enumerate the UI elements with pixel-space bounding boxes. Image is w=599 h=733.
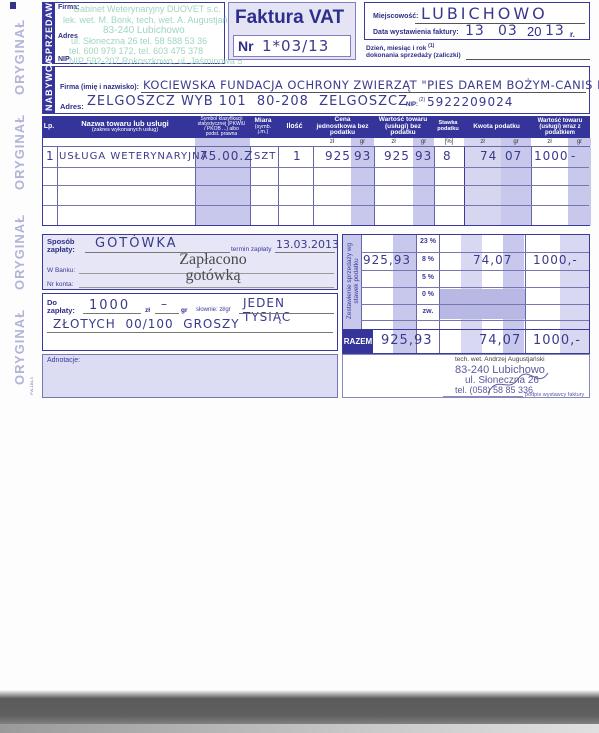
signature-line [443, 396, 523, 397]
invoice-title-box: Faktura VAT Nr 1*03/13 [228, 2, 356, 60]
issue-day[interactable]: 13 [465, 23, 485, 39]
vat-tax-value: 74,07 [473, 253, 512, 267]
cell-unit-price-zl: 925 [325, 149, 351, 163]
cell-qty: 1 [293, 149, 302, 163]
header-net-value: Wartość towaru (usługi) bez podatku [373, 116, 433, 138]
issuer-signature-section: tech. wet. Andrzej Augustjański 83-240 L… [342, 354, 590, 398]
amount-due-section: Do zapłaty: 1000 zł – gr słownie: zł/gr … [42, 293, 338, 351]
cell-gross-gr: - [571, 149, 576, 163]
original-watermark: ORYGINAŁ [12, 19, 27, 95]
form-code: FW-184-3 [29, 377, 34, 395]
cell-unit: SZT [254, 151, 276, 162]
vat-gross-value: 1000,- [533, 253, 578, 267]
vat-rate-label: 23 % [417, 238, 439, 245]
seller-stamp-line: 83-240 Lubichowo [103, 25, 185, 36]
notes-section[interactable]: Adnotacje: [42, 354, 338, 398]
items-table-subheader: zł gr zł gr [%] zł gr zł gr [42, 138, 590, 146]
cell-gross-zl: 1000 [534, 149, 569, 163]
cell-net-zl: 925 [384, 149, 410, 163]
words-underline-2 [47, 332, 333, 333]
header-qty: Ilość [277, 116, 312, 138]
invoice-number-field[interactable]: Nr 1*03/13 [233, 35, 351, 57]
vat-summary-section: Zestawienie sprzedaży wg stawek podatku … [342, 234, 590, 354]
header-name: Nazwa towaru lub usługi (zakres wykonany… [56, 116, 194, 138]
place-value[interactable]: LUBICHOWO [421, 4, 548, 23]
vat-rate-label: zw. [417, 308, 439, 315]
cell-net-gr: 93 [415, 149, 432, 163]
words-underline [239, 313, 334, 314]
vat-rate-label: 0 % [417, 291, 439, 298]
issue-year-prefix: 20 [527, 24, 541, 39]
header-tax-amount: Kwota podatku [463, 116, 530, 138]
seller-stamp-line: lek. wet. M. Bonk, tech. wet. A. Augustj… [63, 15, 239, 25]
cell-tax-rate: 8 [443, 149, 452, 163]
notes-label: Adnotacje: [47, 357, 80, 364]
buyer-firm[interactable]: KOCIEWSKA FUNDACJA OCHRONY ZWIERZĄT "PIE… [143, 78, 599, 92]
items-table-header: Lp. Nazwa towaru lub usługi (zakres wyko… [42, 116, 590, 138]
place-date-box: Miejscowość: LUBICHOWO Data wystawienia … [364, 2, 590, 40]
subheader-gr: gr [568, 138, 591, 146]
account-label: Nr konta: [47, 281, 73, 288]
footnote-ref: (2) [419, 97, 425, 103]
issue-date-label: Data wystawienia faktury: [373, 29, 459, 36]
vat-rate-label: 5 % [417, 274, 439, 281]
subheader-gr: gr [351, 138, 374, 146]
cell-symbol: 75.00.Z [200, 149, 253, 163]
vat-rate-row: 0 % [343, 287, 589, 304]
header-lp: Lp. [42, 116, 56, 138]
zl-label: zł [145, 307, 150, 314]
gr-label: gr [181, 307, 188, 314]
amount-due-zl[interactable]: 1000 [89, 298, 130, 313]
vat-total-row: RAZEM 925,93 74,07 1000,- [343, 330, 589, 353]
header-tax-rate: Stawka podatku [433, 116, 463, 138]
header-unit-price: Cena jednostkowa bez podatku [312, 116, 373, 138]
seller-stamp-line: NIP 592-207 Rokoszkowo, ul. Jaśminowa 5 [69, 56, 242, 66]
account-field[interactable] [79, 287, 334, 288]
buyer-nip[interactable]: 5922209024 [427, 95, 513, 109]
subheader-gr: gr [413, 138, 434, 146]
form-marker [10, 2, 16, 9]
table-row[interactable] [43, 186, 589, 205]
sale-date-label-2: dokonania sprzedaży (zaliczki) [366, 52, 461, 59]
payment-section: Sposób zapłaty: GOTÓWKA termin zapłaty 1… [42, 234, 338, 290]
seller-section-label: SPRZEDAWCA [43, 3, 55, 63]
sale-date-underline [466, 59, 590, 60]
invoice-number: 1*03/13 [262, 37, 329, 55]
paid-cash-stamp: Zapłacono gotówką [163, 252, 263, 284]
amount-words-line-2[interactable]: ZŁOTYCH 00/100 GROSZY [53, 317, 240, 331]
place-label: Miejscowość: [373, 13, 419, 20]
amount-gr-underline [155, 313, 179, 314]
subheader-zl: zł [464, 138, 501, 146]
table-row[interactable] [43, 206, 589, 225]
buyer-address[interactable]: ZELGOSZCZ WYB 101 80-208 ZELGOSZCZ [87, 94, 408, 109]
header-unit: Miara (symb. j.m.) [249, 116, 277, 138]
table-row[interactable]: 1 USŁUGA WETERYNARYJNA 75.00.Z SZT 1 925… [43, 147, 589, 167]
issuer-stamp-line: tech. wet. Andrzej Augustjański [455, 356, 545, 363]
scanner-edge-lower [0, 724, 599, 733]
issue-year[interactable]: 13 [545, 23, 565, 39]
due-date[interactable]: 13.03.2013 [276, 238, 339, 251]
subheader-zl: zł [531, 138, 568, 146]
subheader-zl: zł [313, 138, 351, 146]
subheader-pct: [%] [434, 138, 464, 146]
footnotes-strip: FW-184-3 [29, 0, 39, 400]
seller-nip-label: NIP [58, 56, 70, 63]
cell-name: USŁUGA WETERYNARYJNA [59, 151, 208, 162]
subheader-zl: zł [374, 138, 413, 146]
amount-words-line-1[interactable]: JEDEN TYSIĄC [243, 296, 337, 324]
sale-date-field[interactable]: Dzień, miesiąc i rok (1) dokonania sprze… [366, 43, 592, 63]
cell-tax-zl: 74 [480, 149, 497, 163]
words-label: słownie: zł/gr [196, 307, 231, 313]
seller-stamp-line: Gabinet Weterynaryjny DUOVET s.c. [73, 4, 221, 14]
table-row[interactable] [43, 168, 589, 185]
original-watermark: ORYGINAŁ [12, 214, 27, 290]
buyer-address-label: Adres: [60, 102, 84, 111]
buyer-firm-label: Firma (imię i nazwisko): [60, 84, 139, 91]
vat-rate-row: zw. [343, 304, 589, 320]
seller-section: SPRZEDAWCA Firma: Adres NIP Gabinet Wete… [42, 2, 225, 64]
amount-zl-underline [83, 313, 141, 314]
header-symbol: Symbol klasyfikacji statystycznej (PKWiU… [194, 116, 249, 138]
total-gross: 1000,- [533, 333, 581, 348]
original-watermark-strip: ORYGINAŁ ORYGINAŁ ORYGINAŁ ORYGINAŁ [10, 0, 30, 400]
vat-rate-row: 925,93 8 % 74,07 1000,- [343, 252, 589, 270]
bank-label: W Banku: [47, 267, 75, 274]
vat-rate-label: 8 % [417, 256, 439, 263]
amount-due-gr[interactable]: – [161, 297, 168, 311]
buyer-nip-label: NIP: [406, 102, 418, 108]
issue-month[interactable]: 03 [498, 23, 518, 39]
seller-stamp-line: tel. 600 979 172, tel. 603 475 378 [69, 46, 203, 56]
invoice-number-label: Nr [238, 38, 254, 54]
buyer-firm-underline [141, 92, 586, 93]
vat-net-value: 925,93 [363, 253, 411, 267]
cell-lp: 1 [46, 149, 55, 163]
original-watermark: ORYGINAŁ [12, 309, 27, 385]
payment-method[interactable]: GOTÓWKA [95, 236, 178, 251]
subheader-gr: gr [501, 138, 531, 146]
invoice-title: Faktura VAT [235, 7, 344, 29]
vat-rate-row: 5 % [343, 270, 589, 287]
cell-unit-price-gr: 93 [354, 149, 371, 163]
buyer-section: NABYWCA Firma (imię i nazwisko): KOCIEWS… [42, 66, 590, 114]
original-watermark: ORYGINAŁ [12, 114, 27, 190]
buyer-section-label: NABYWCA [43, 67, 55, 113]
vat-rate-row: 23 % [343, 235, 589, 252]
total-label: RAZEM [343, 330, 373, 353]
seller-stamp-line: ul. Słoneczna 26 tel. 58 588 53 36 [71, 36, 207, 46]
total-net: 925,93 [381, 333, 433, 348]
due-date-underline [275, 252, 335, 253]
payment-method-label: Sposób zapłaty: [47, 238, 75, 254]
amount-due-label: Do zapłaty: [47, 299, 75, 315]
issue-year-suffix: r. [570, 30, 575, 39]
items-table-body: 1 USŁUGA WETERYNARYJNA 75.00.Z SZT 1 925… [42, 146, 590, 226]
cell-tax-gr: 07 [505, 149, 522, 163]
total-tax: 74,07 [479, 333, 521, 348]
footnote-ref: (1) [428, 43, 434, 49]
header-gross-value: Wartość towaru (usługi) wraz z podatkiem [530, 116, 590, 138]
signature-label: podpis wystawcy faktury [525, 392, 584, 398]
